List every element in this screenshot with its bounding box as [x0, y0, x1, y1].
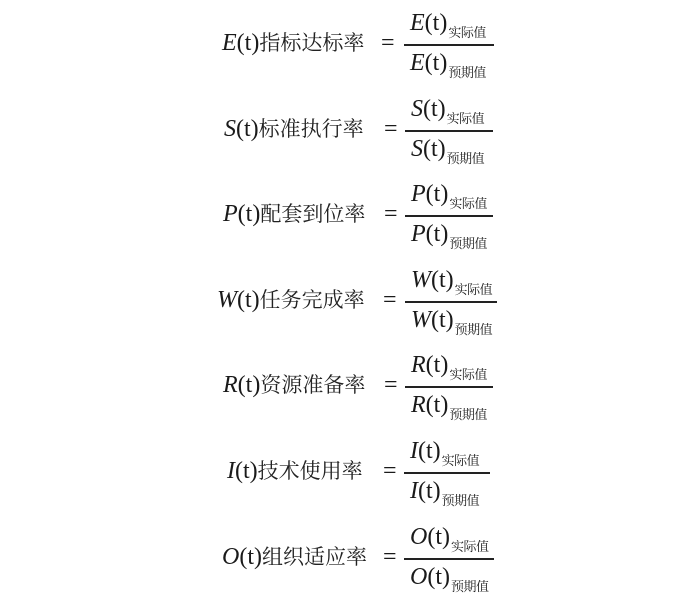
- rate-name: 组织适应率: [262, 545, 367, 569]
- numerator-symbol: E: [410, 10, 425, 36]
- variable-argument: (t): [237, 287, 260, 313]
- denominator-symbol: R: [411, 392, 426, 418]
- variable-symbol: S: [224, 116, 236, 142]
- variable-argument: (t): [236, 116, 259, 142]
- variable-symbol: W: [217, 287, 237, 313]
- numerator-subscript: 实际值: [451, 540, 489, 555]
- numerator-symbol: R: [411, 352, 426, 378]
- formula-lhs: E(t)指标达标率: [222, 28, 364, 58]
- formula-lhs: S(t)标准执行率: [224, 114, 364, 144]
- equals-sign: =: [384, 114, 398, 144]
- fraction-bar: [405, 130, 493, 132]
- denominator-symbol: P: [411, 221, 426, 247]
- rate-name: 任务完成率: [260, 288, 365, 312]
- numerator-argument: (t): [431, 267, 454, 293]
- numerator-subscript: 实际值: [448, 26, 486, 41]
- numerator-argument: (t): [427, 524, 450, 550]
- equals-sign: =: [384, 199, 398, 229]
- numerator-argument: (t): [426, 181, 449, 207]
- formula-lhs: I(t)技术使用率: [227, 456, 363, 486]
- numerator: P(t)实际值: [411, 179, 487, 213]
- formula-w-task-completion-rate: W(t)任务完成率 = W(t)实际值 W(t)预期值: [0, 257, 700, 343]
- denominator: O(t)预期值: [410, 562, 489, 596]
- numerator: S(t)实际值: [411, 94, 484, 128]
- numerator-symbol: O: [410, 524, 427, 550]
- variable-symbol: R: [223, 372, 238, 398]
- numerator: I(t)实际值: [410, 436, 479, 470]
- variable-symbol: E: [222, 30, 237, 56]
- numerator-symbol: W: [411, 267, 431, 293]
- denominator-subscript: 预期值: [448, 66, 486, 81]
- variable-symbol: P: [223, 201, 238, 227]
- fraction: R(t)实际值 R(t)预期值: [405, 346, 493, 424]
- denominator-argument: (t): [423, 136, 446, 162]
- denominator-symbol: I: [410, 478, 418, 504]
- rate-name: 标准执行率: [259, 117, 364, 141]
- denominator: S(t)预期值: [411, 134, 484, 168]
- fraction: O(t)实际值 O(t)预期值: [404, 518, 494, 596]
- numerator-symbol: S: [411, 96, 423, 122]
- numerator: E(t)实际值: [410, 8, 486, 42]
- formula-o-organization-adaptation-rate: O(t)组织适应率 = O(t)实际值 O(t)预期值: [0, 514, 700, 600]
- equals-sign: =: [383, 285, 397, 315]
- denominator: R(t)预期值: [411, 390, 487, 424]
- rate-name: 资源准备率: [260, 373, 365, 397]
- denominator-symbol: O: [410, 564, 427, 590]
- rate-name: 指标达标率: [259, 31, 364, 55]
- fraction-bar: [404, 558, 494, 560]
- denominator-argument: (t): [426, 392, 449, 418]
- denominator-argument: (t): [426, 221, 449, 247]
- formula-lhs: W(t)任务完成率: [217, 285, 365, 315]
- fraction-bar: [404, 472, 490, 474]
- numerator-symbol: I: [410, 438, 418, 464]
- numerator: O(t)实际值: [410, 522, 489, 556]
- denominator: E(t)预期值: [410, 48, 486, 82]
- denominator: P(t)预期值: [411, 219, 487, 253]
- formula-s-standard-execution-rate: S(t)标准执行率 = S(t)实际值 S(t)预期值: [0, 86, 700, 172]
- fraction-bar: [404, 44, 494, 46]
- formula-lhs: O(t)组织适应率: [222, 542, 367, 572]
- rate-name: 技术使用率: [258, 459, 363, 483]
- formula-lhs: R(t)资源准备率: [223, 370, 365, 400]
- denominator-subscript: 预期值: [451, 580, 489, 595]
- variable-argument: (t): [239, 544, 262, 570]
- equals-sign: =: [383, 456, 397, 486]
- variable-argument: (t): [237, 30, 260, 56]
- variable-argument: (t): [235, 458, 258, 484]
- numerator-subscript: 实际值: [455, 283, 493, 298]
- denominator-subscript: 预期值: [442, 494, 480, 509]
- rate-name: 配套到位率: [260, 202, 365, 226]
- fraction: P(t)实际值 P(t)预期值: [405, 175, 493, 253]
- denominator-argument: (t): [427, 564, 450, 590]
- denominator-argument: (t): [431, 307, 454, 333]
- fraction-bar: [405, 386, 493, 388]
- numerator-subscript: 实际值: [449, 197, 487, 212]
- denominator: I(t)预期值: [410, 476, 479, 510]
- numerator-subscript: 实际值: [447, 112, 485, 127]
- numerator: W(t)实际值: [411, 265, 492, 299]
- formula-e-indicator-attainment-rate: E(t)指标达标率 = E(t)实际值 E(t)预期值: [0, 0, 700, 86]
- variable-argument: (t): [238, 201, 261, 227]
- fraction: S(t)实际值 S(t)预期值: [405, 90, 493, 168]
- fraction: E(t)实际值 E(t)预期值: [404, 4, 494, 82]
- numerator-argument: (t): [418, 438, 441, 464]
- formula-r-resource-readiness-rate: R(t)资源准备率 = R(t)实际值 R(t)预期值: [0, 342, 700, 428]
- denominator-subscript: 预期值: [455, 323, 493, 338]
- numerator-argument: (t): [426, 352, 449, 378]
- denominator-argument: (t): [418, 478, 441, 504]
- formula-p-supporting-in-place-rate: P(t)配套到位率 = P(t)实际值 P(t)预期值: [0, 171, 700, 257]
- equals-sign: =: [383, 542, 397, 572]
- denominator-symbol: E: [410, 50, 425, 76]
- numerator-subscript: 实际值: [442, 454, 480, 469]
- formula-i-technology-usage-rate: I(t)技术使用率 = I(t)实际值 I(t)预期值: [0, 428, 700, 514]
- fraction: I(t)实际值 I(t)预期值: [404, 432, 490, 510]
- variable-argument: (t): [238, 372, 261, 398]
- equals-sign: =: [381, 28, 395, 58]
- fraction-bar: [405, 301, 497, 303]
- denominator-symbol: S: [411, 136, 423, 162]
- numerator-subscript: 实际值: [449, 368, 487, 383]
- numerator-argument: (t): [423, 96, 446, 122]
- fraction-bar: [405, 215, 493, 217]
- denominator-subscript: 预期值: [449, 237, 487, 252]
- numerator-argument: (t): [425, 10, 448, 36]
- denominator: W(t)预期值: [411, 305, 492, 339]
- variable-symbol: I: [227, 458, 235, 484]
- variable-symbol: O: [222, 544, 239, 570]
- numerator: R(t)实际值: [411, 350, 487, 384]
- numerator-symbol: P: [411, 181, 426, 207]
- denominator-argument: (t): [425, 50, 448, 76]
- fraction: W(t)实际值 W(t)预期值: [405, 261, 497, 339]
- equals-sign: =: [384, 370, 398, 400]
- denominator-subscript: 预期值: [447, 152, 485, 167]
- denominator-subscript: 预期值: [449, 408, 487, 423]
- formula-lhs: P(t)配套到位率: [223, 199, 365, 229]
- denominator-symbol: W: [411, 307, 431, 333]
